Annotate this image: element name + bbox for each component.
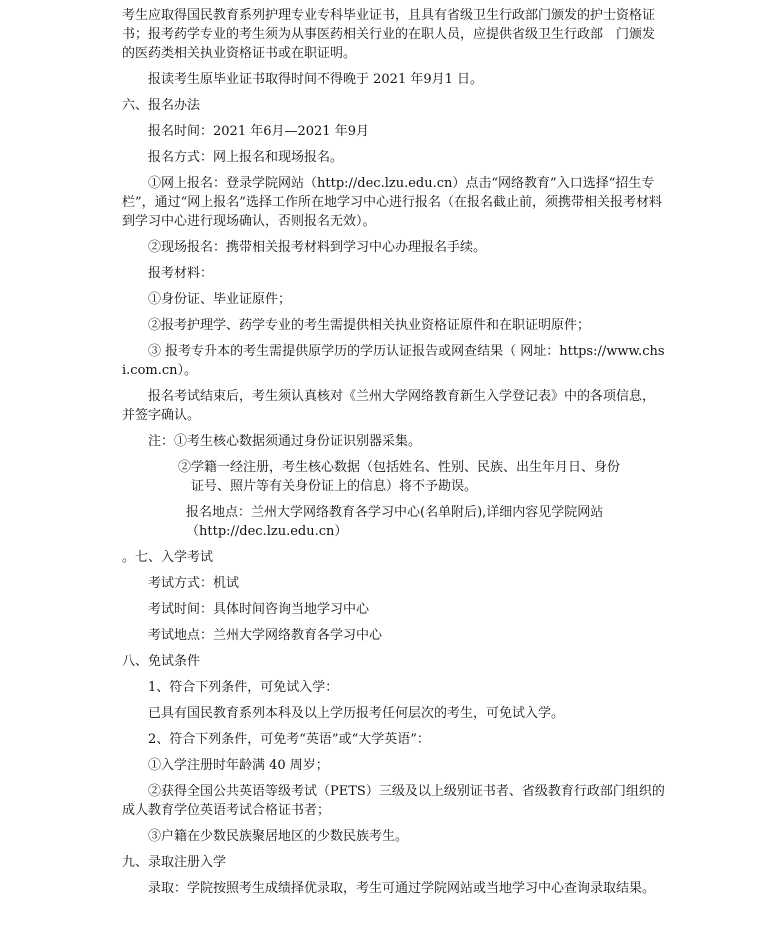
material-item: ③ 报考专升本的考生需提供原学历的学历认证报告或网查结果（ 网址：https:/… [122, 342, 667, 380]
exam-time: 考试时间：具体时间咨询当地学习中心 [122, 600, 667, 619]
registration-time: 报名时间：2021 年6月—2021 年9月 [122, 122, 667, 141]
exemption-item: ③户籍在少数民族聚居地区的少数民族考生。 [122, 827, 667, 846]
section-heading-admission: 九、录取注册入学 [122, 853, 667, 872]
online-registration: ①网上报名：登录学院网站（http://dec.lzu.edu.cn）点击“网络… [122, 174, 667, 231]
exemption-condition: 2、符合下列条件，可免考“英语”或“大学英语”： [122, 730, 667, 749]
section-heading-exam: 。七、入学考试 [122, 548, 667, 567]
confirmation-paragraph: 报名考试结束后，考生须认真核对《兰州大学网络教育新生入学登记表》中的各项信息，并… [122, 387, 667, 425]
website-link[interactable]: （http://dec.lzu.edu.cn） [186, 524, 347, 539]
location-line: 报名地点：兰州大学网络教育各学习中心(名单附后),详细内容见学院网站 [186, 505, 603, 520]
material-item: ②报考护理学、药学专业的考生需提供相关执业资格证原件和在职证明原件； [122, 316, 667, 335]
exam-place: 考试地点：兰州大学网络教育各学习中心 [122, 626, 667, 645]
exemption-item: ①入学注册时年龄满 40 周岁； [122, 756, 667, 775]
exemption-condition: 1、符合下列条件，可免试入学： [122, 678, 667, 697]
admission-paragraph: 录取：学院按照考生成绩择优录取，考生可通过学院网站或当地学习中心查询录取结果。 [122, 879, 667, 898]
section-heading-exemption: 八、免试条件 [122, 652, 667, 671]
note-item: ②学籍一经注册，考生核心数据（包括姓名、性别、民族、出生年月日、身份 证号、照片… [122, 458, 667, 496]
onsite-registration: ②现场报名：携带相关报考材料到学习中心办理报名手续。 [122, 238, 667, 257]
registration-location: 报名地点：兰州大学网络教育各学习中心(名单附后),详细内容见学院网站 （http… [122, 503, 667, 541]
materials-label: 报考材料： [122, 264, 667, 283]
note-line: ②学籍一经注册，考生核心数据（包括姓名、性别、民族、出生年月日、身份 [178, 460, 620, 475]
note-line: 证号、照片等有关身份证上的信息）将不予勘误。 [178, 477, 667, 496]
exemption-item: ②获得全国公共英语等级考试（PETS）三级及以上级别证书者、省级教育行政部门组织… [122, 782, 667, 820]
exam-method: 考试方式：机试 [122, 574, 667, 593]
document-page: 考生应取得国民教育系列护理专业专科毕业证书，且具有省级卫生行政部门颁发的护士资格… [122, 6, 667, 905]
graduation-deadline: 报读考生原毕业证书取得时间不得晚于 2021 年9月1 日。 [122, 70, 667, 89]
exemption-detail: 已具有国民教育系列本科及以上学历报考任何层次的考生，可免试入学。 [122, 704, 667, 723]
note-item: 注：①考生核心数据须通过身份证识别器采集。 [122, 432, 667, 451]
material-item: ①身份证、毕业证原件； [122, 290, 667, 309]
eligibility-paragraph: 考生应取得国民教育系列护理专业专科毕业证书，且具有省级卫生行政部门颁发的护士资格… [122, 6, 667, 63]
registration-method: 报名方式：网上报名和现场报名。 [122, 148, 667, 167]
section-heading-registration: 六、报名办法 [122, 96, 667, 115]
